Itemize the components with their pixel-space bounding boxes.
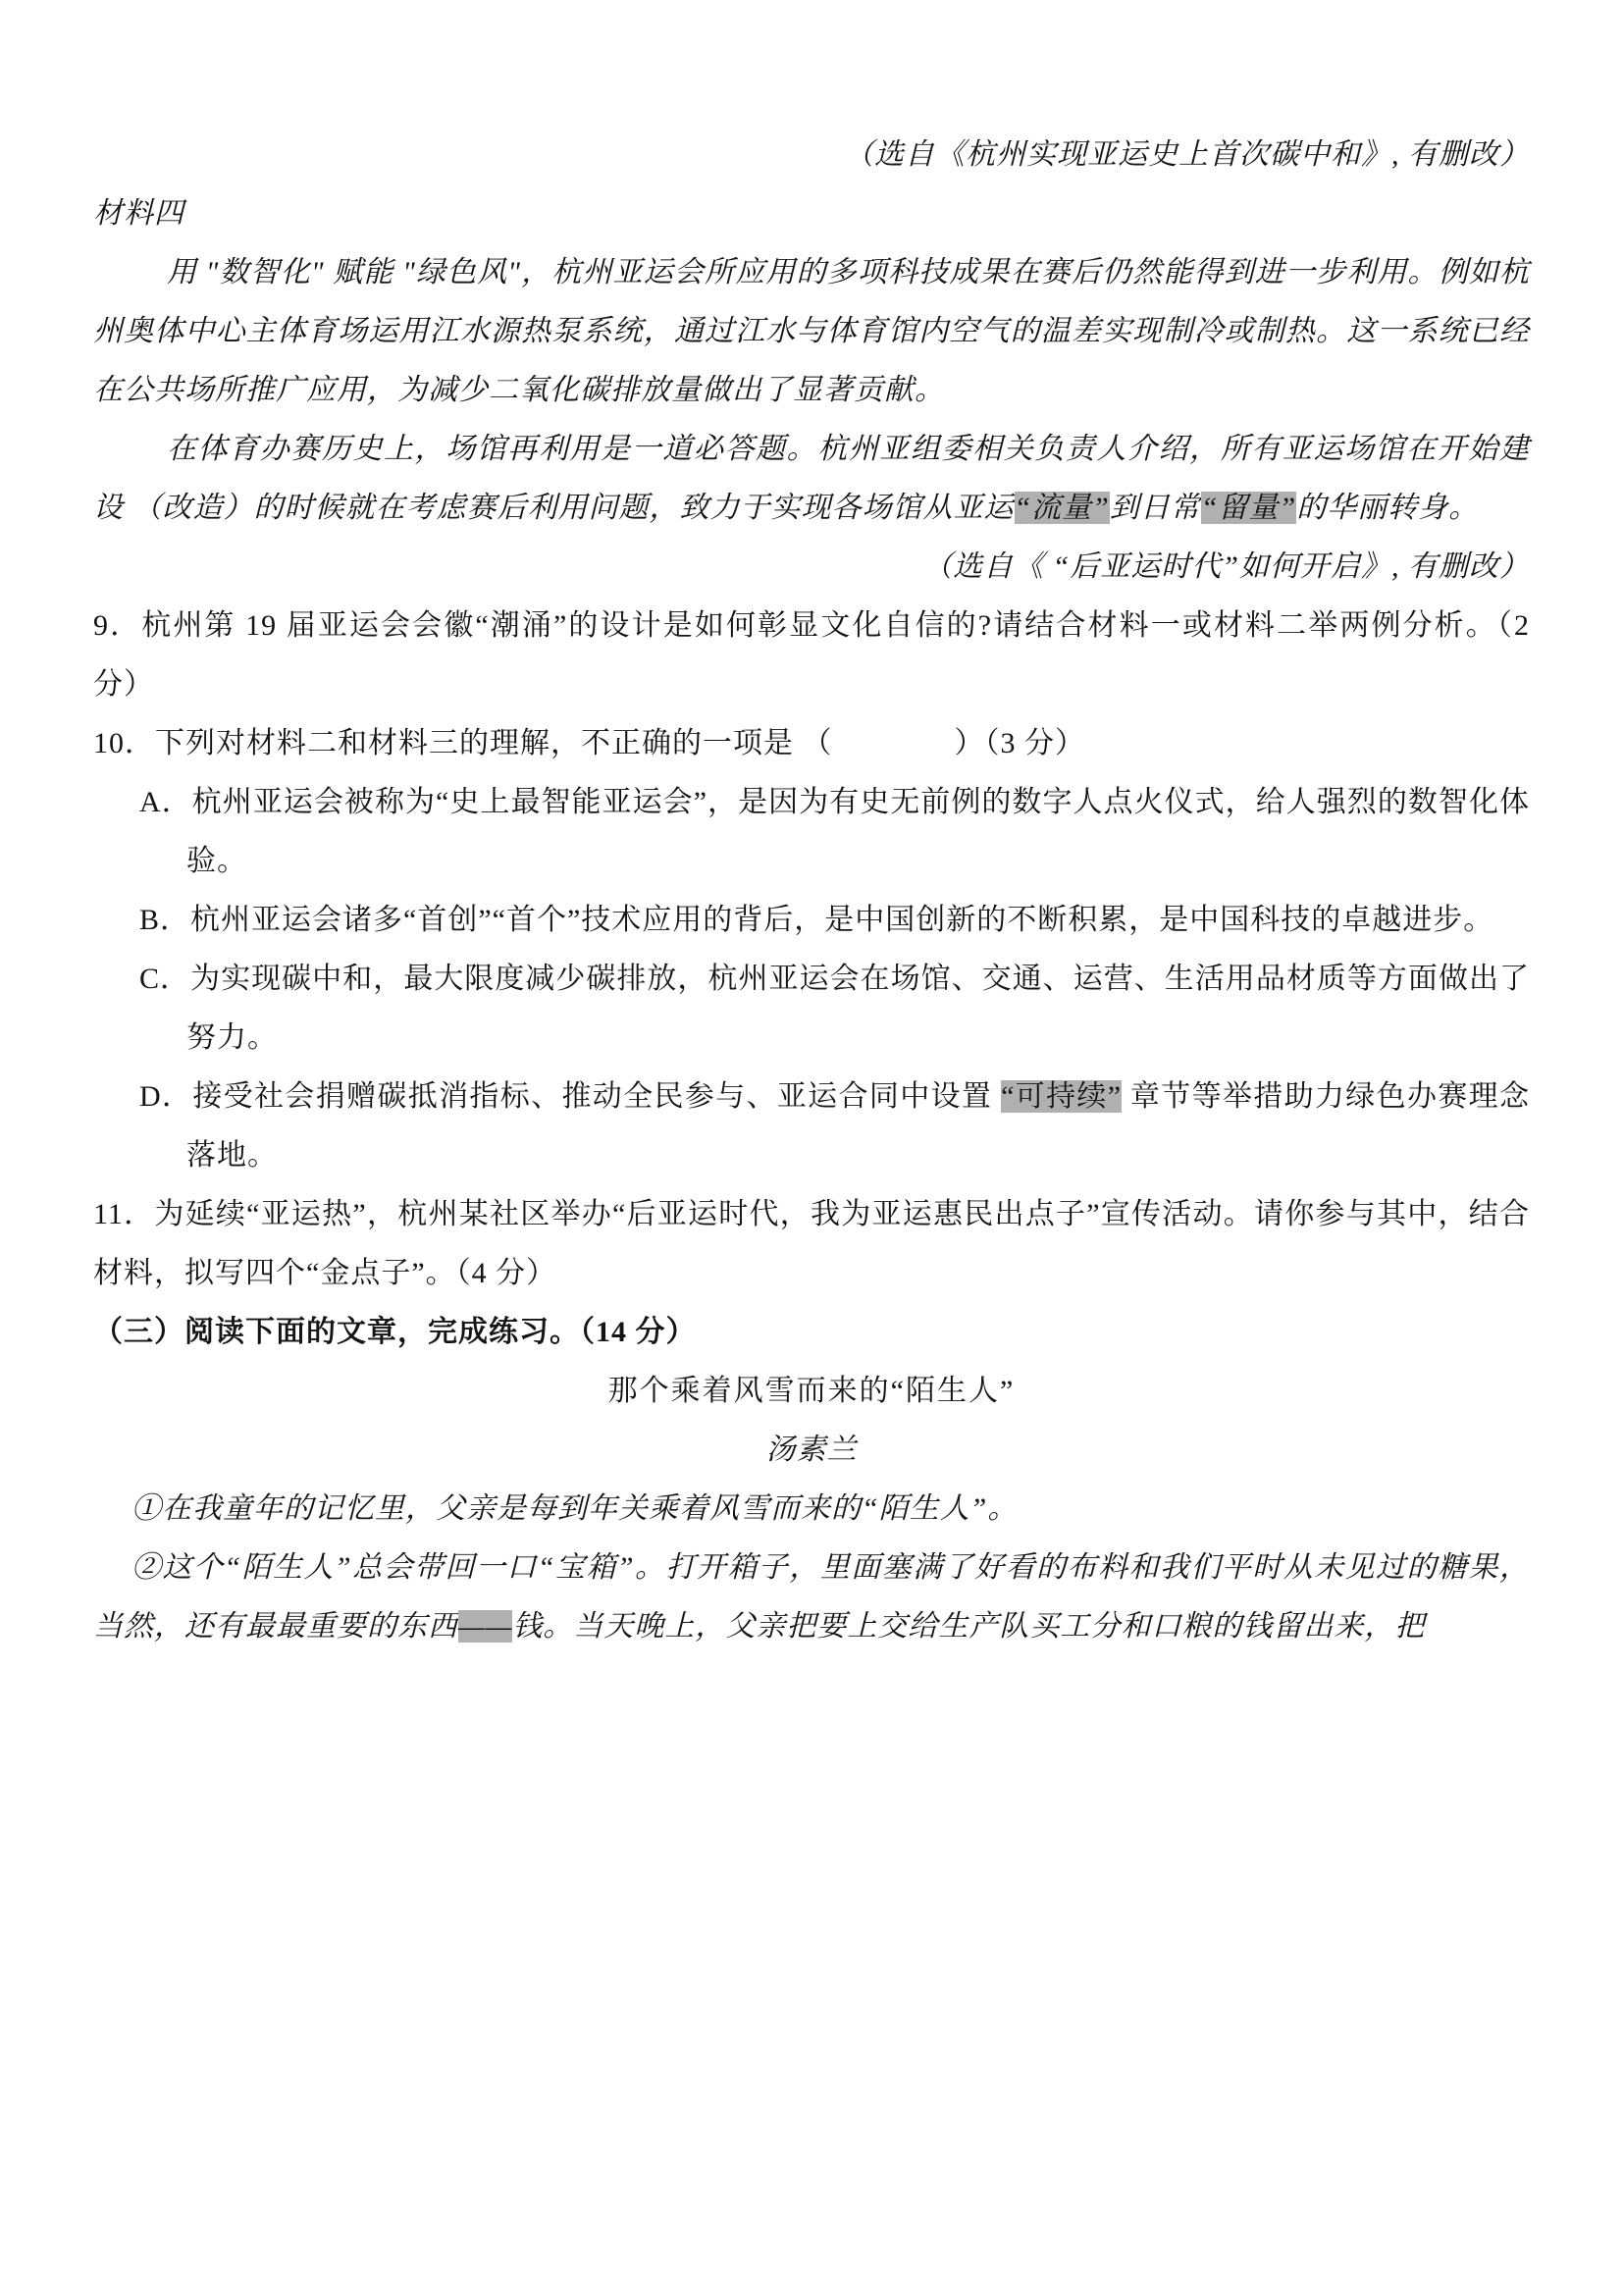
- question-10-option-d: D．接受社会捐赠碳抵消指标、推动全民参与、亚运合同中设置 “可持续” 章节等举措…: [93, 1068, 1530, 1185]
- option-c-label: C．: [139, 963, 190, 995]
- text-segment: 接受社会捐赠碳抵消指标、推动全民参与、亚运合同中设置: [192, 1080, 1001, 1113]
- material-four-heading: 材料四: [93, 184, 1530, 243]
- text-segment: 杭州亚运会被称为“史上最智能亚运会”，是因为有史无前例的数字人点火仪式，给人强烈…: [186, 786, 1530, 877]
- material-four-paragraph-2: 在体育办赛历史上，场馆再利用是一道必答题。杭州亚组委相关负责人介绍，所有亚运场馆…: [93, 420, 1530, 538]
- section-three-heading: （三）阅读下面的文章，完成练习。（14 分）: [93, 1303, 1530, 1362]
- text-segment: 的华丽转身。: [1296, 492, 1479, 524]
- question-10-option-a: A．杭州亚运会被称为“史上最智能亚运会”，是因为有史无前例的数字人点火仪式，给人…: [93, 773, 1530, 891]
- question-10-stem: 10．下列对材料二和材料三的理解，不正确的一项是 （ ）（3 分）: [93, 714, 1530, 773]
- source-citation-top: （选自《杭州实现亚运史上首次碳中和》, 有删改）: [93, 126, 1530, 184]
- option-c-text: 为实现碳中和，最大限度减少碳排放，杭州亚运会在场馆、交通、运营、生活用品材质等方…: [186, 963, 1530, 1054]
- option-d-text: 接受社会捐赠碳抵消指标、推动全民参与、亚运合同中设置 “可持续” 章节等举措助力…: [186, 1080, 1530, 1172]
- question-10-option-b: B．杭州亚运会诸多“首创”“首个”技术应用的背后，是中国创新的不断积累，是中国科…: [93, 891, 1530, 950]
- text-segment: 到日常: [1110, 492, 1201, 524]
- passage-paragraph-2: ②这个“陌生人”总会带回一口“宝箱”。打开箱子，里面塞满了好看的布料和我们平时从…: [93, 1539, 1530, 1656]
- option-d-label: D．: [139, 1080, 192, 1113]
- question-10-option-c: C．为实现碳中和，最大限度减少碳排放，杭州亚运会在场馆、交通、运营、生活用品材质…: [93, 950, 1530, 1068]
- option-b-text: 杭州亚运会诸多“首创”“首个”技术应用的背后，是中国创新的不断积累，是中国科技的…: [190, 904, 1493, 936]
- highlighted-text: “留量”: [1201, 492, 1296, 524]
- passage-author: 汤素兰: [93, 1421, 1530, 1480]
- highlighted-text: ——: [458, 1610, 512, 1643]
- text-segment: 杭州亚运会诸多“首创”“首个”技术应用的背后，是中国创新的不断积累，是中国科技的…: [190, 904, 1493, 936]
- source-citation-bottom: （选自《 “后亚运时代”如何开启》, 有删改）: [93, 538, 1530, 597]
- text-segment: 钱。当天晚上，父亲把要上交给生产队买工分和口粮的钱留出来，把: [512, 1610, 1425, 1643]
- highlighted-text: “可持续”: [1001, 1080, 1122, 1113]
- passage-paragraph-1: ①在我童年的记忆里，父亲是每到年关乘着风雪而来的“陌生人”。: [93, 1480, 1530, 1539]
- passage-title: 那个乘着风雪而来的“陌生人”: [93, 1362, 1530, 1421]
- highlighted-text: “流量”: [1015, 492, 1110, 524]
- material-four-paragraph-1: 用 "数智化" 赋能 "绿色风"，杭州亚运会所应用的多项科技成果在赛后仍然能得到…: [93, 243, 1530, 420]
- question-11: 11．为延续“亚运热”，杭州某社区举办“后亚运时代，我为亚运惠民出点子”宣传活动…: [93, 1185, 1530, 1303]
- option-b-label: B．: [139, 904, 190, 936]
- exam-page: （选自《杭州实现亚运史上首次碳中和》, 有删改） 材料四 用 "数智化" 赋能 …: [0, 0, 1623, 2296]
- text-segment: 为实现碳中和，最大限度减少碳排放，杭州亚运会在场馆、交通、运营、生活用品材质等方…: [186, 963, 1530, 1054]
- question-9: 9．杭州第 19 届亚运会会徽“潮涌”的设计是如何彰显文化自信的?请结合材料一或…: [93, 597, 1530, 714]
- option-a-label: A．: [139, 786, 192, 818]
- option-a-text: 杭州亚运会被称为“史上最智能亚运会”，是因为有史无前例的数字人点火仪式，给人强烈…: [186, 786, 1530, 877]
